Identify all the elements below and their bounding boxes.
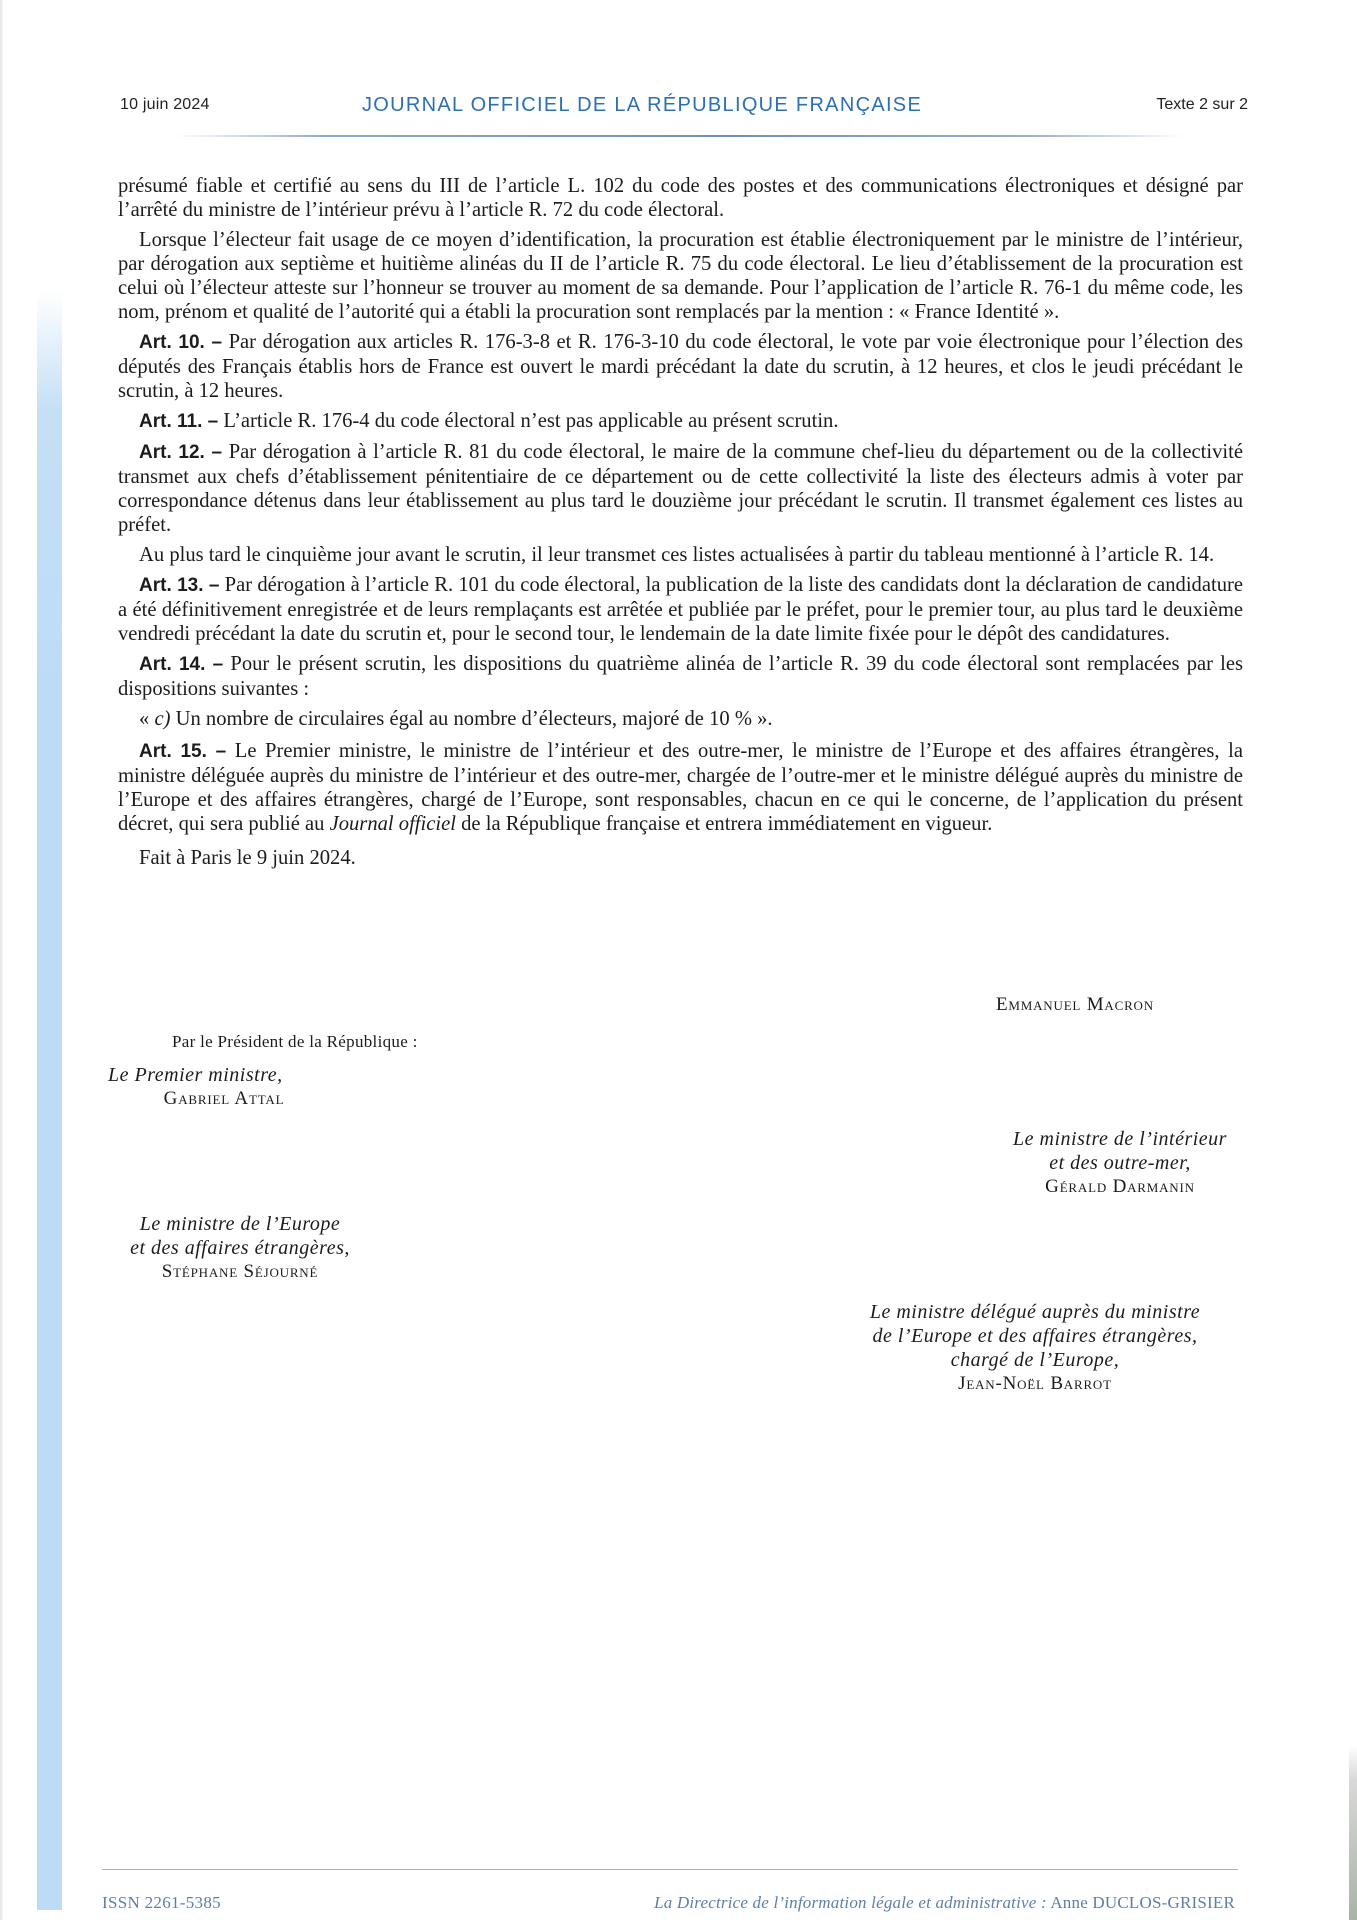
scan-left-edge <box>0 0 3 1920</box>
directrice-role: La Directrice de l’information légale et… <box>654 1893 1047 1912</box>
quote-text: Un nombre de circulaires égal au nombre … <box>170 708 772 730</box>
article-text: Par dérogation à l’article R. 81 du code… <box>118 441 1243 536</box>
article-text-end: de la République française et entrera im… <box>456 813 992 835</box>
article-12-paragraph-2: Au plus tard le cinquième jour avant le … <box>118 543 1243 567</box>
article-text: Pour le présent scrutin, les disposition… <box>118 653 1243 700</box>
article-label: Art. 13. – <box>139 575 219 596</box>
signatory-role: Le ministre délégué auprès du ministre <box>830 1300 1240 1324</box>
directrice-name: Anne DUCLOS-GRISIER <box>1050 1893 1235 1912</box>
signature-president: Emmanuel Macron <box>996 994 1154 1016</box>
signature-premier-ministre: Le Premier ministre, Gabriel Attal <box>108 1063 340 1111</box>
signatory-role: de l’Europe et des affaires étrangères, <box>830 1324 1240 1348</box>
footer-divider <box>102 1869 1238 1870</box>
header-divider <box>175 135 1185 137</box>
signature-ministre-europe: Le ministre de l’Europe et des affaires … <box>100 1212 380 1284</box>
article-15: Art. 15. – Le Premier ministre, le minis… <box>118 739 1243 836</box>
signatory-role: chargé de l’Europe, <box>830 1348 1240 1372</box>
signatory-name: Jean-Noël Barrot <box>830 1372 1240 1396</box>
fait-a-paris: Fait à Paris le 9 juin 2024. <box>118 846 1243 870</box>
page-header: 10 juin 2024 JOURNAL OFFICIEL DE LA RÉPU… <box>120 96 1248 120</box>
article-label: Art. 10. – <box>139 332 222 353</box>
page-indicator: Texte 2 sur 2 <box>1156 96 1248 114</box>
par-le-president: Par le Président de la République : <box>172 1032 418 1052</box>
article-14: Art. 14. – Pour le présent scrutin, les … <box>118 652 1243 701</box>
article-13: Art. 13. – Par dérogation à l’article R.… <box>118 573 1243 646</box>
signatory-name: Gabriel Attal <box>108 1087 340 1111</box>
article-text: Par dérogation à l’article R. 101 du cod… <box>118 574 1243 645</box>
decree-body: présumé fiable et certifié au sens du II… <box>118 174 1243 876</box>
journal-title: JOURNAL OFFICIEL DE LA RÉPUBLIQUE FRANÇA… <box>362 94 922 117</box>
signature-ministre-delegue-europe: Le ministre délégué auprès du ministre d… <box>830 1300 1240 1396</box>
article-text: L’article R. 176-4 du code électoral n’e… <box>223 410 838 432</box>
signatory-role: Le ministre de l’Europe <box>100 1212 380 1236</box>
article-label: Art. 11. – <box>139 411 218 432</box>
article-text: Par dérogation aux articles R. 176-3-8 e… <box>118 331 1243 402</box>
scan-right-edge <box>1349 1745 1357 1920</box>
paragraph-lorsque: Lorsque l’électeur fait usage de ce moye… <box>118 228 1243 324</box>
signatory-name: Stéphane Séjourné <box>100 1260 380 1284</box>
article-label: Art. 15. – <box>139 741 226 762</box>
footer-directrice: La Directrice de l’information légale et… <box>654 1893 1235 1913</box>
quote-open: « <box>139 708 154 730</box>
article-label: Art. 14. – <box>139 654 223 675</box>
signatory-role: et des outre-mer, <box>970 1151 1270 1175</box>
signatory-name: Gérald Darmanin <box>970 1175 1270 1199</box>
journal-officiel-italic: Journal officiel <box>330 813 456 835</box>
article-11: Art. 11. – L’article R. 176-4 du code él… <box>118 409 1243 434</box>
article-label: Art. 12. – <box>139 442 222 463</box>
signatory-role: Le ministre de l’intérieur <box>970 1127 1270 1151</box>
paragraph-continuation: présumé fiable et certifié au sens du II… <box>118 174 1243 222</box>
issn: ISSN 2261-5385 <box>102 1893 221 1913</box>
signatory-role: Le Premier ministre, <box>108 1063 340 1087</box>
publication-date: 10 juin 2024 <box>120 96 210 114</box>
article-14-quote: « c) Un nombre de circulaires égal au no… <box>118 707 1243 731</box>
signature-ministre-interieur: Le ministre de l’intérieur et des outre-… <box>970 1127 1270 1199</box>
article-12: Art. 12. – Par dérogation à l’article R.… <box>118 440 1243 537</box>
quote-item: c) <box>154 708 170 730</box>
article-10: Art. 10. – Par dérogation aux articles R… <box>118 330 1243 403</box>
signatory-role: et des affaires étrangères, <box>100 1236 380 1260</box>
side-color-strip <box>37 290 62 1910</box>
